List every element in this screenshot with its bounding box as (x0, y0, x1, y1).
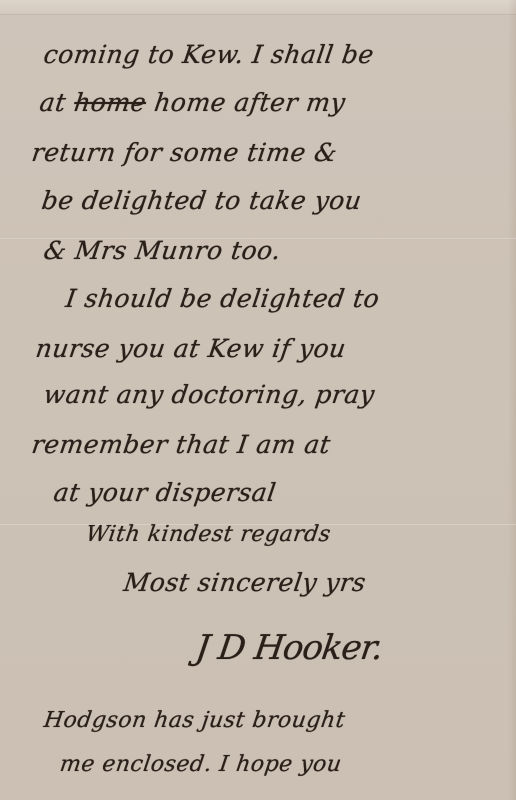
closing-valediction: Most sincerely yrs (122, 568, 368, 597)
letter-line-3: return for some time & (30, 138, 339, 167)
letter-line-9: remember that I am at (30, 430, 333, 459)
letter-line-7: nurse you at Kew if you (34, 334, 348, 363)
line-2-start: at (38, 88, 76, 117)
letter-line-8: want any doctoring, pray (42, 380, 377, 409)
signature: J D Hooker. (193, 628, 385, 668)
paper-top-edge (0, 0, 516, 15)
postscript-line-2: me enclosed. I hope you (58, 752, 343, 777)
letter-line-6: I should be delighted to (64, 284, 381, 313)
struck-word: home (72, 88, 148, 117)
letter-line-10: at your dispersal (52, 478, 278, 507)
paper-right-edge (508, 0, 516, 800)
letter-page: coming to Kew. I shall be at home home a… (0, 0, 516, 800)
letter-line-4: be delighted to take you (40, 186, 364, 215)
letter-line-2: at home home after my (38, 88, 347, 117)
postscript-line-1: Hodgson has just brought (42, 708, 347, 733)
line-2-end: home after my (144, 88, 347, 117)
letter-line-1: coming to Kew. I shall be (42, 40, 376, 69)
letter-line-5: & Mrs Munro too. (42, 236, 283, 265)
closing-regards: With kindest regards (84, 522, 332, 547)
